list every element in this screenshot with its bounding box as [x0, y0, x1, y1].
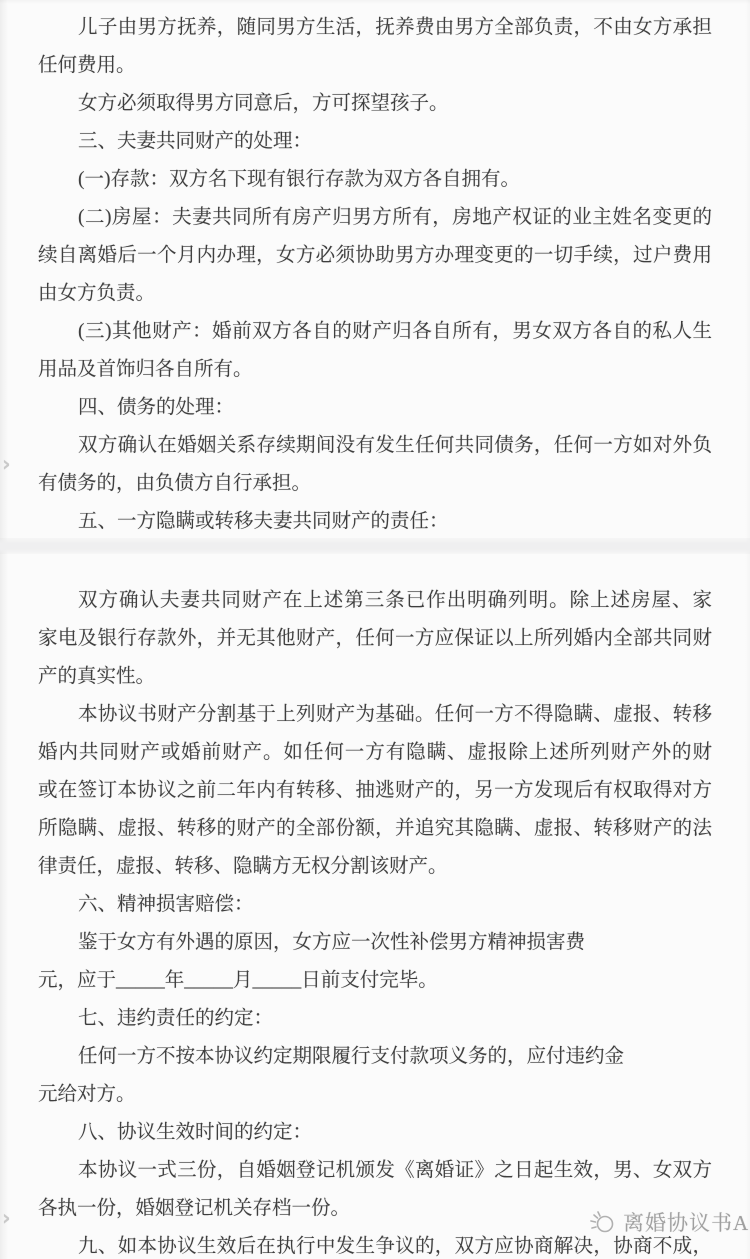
doc-line: 用品及首饰归各自所有。 [38, 351, 712, 389]
doc-section-heading: 五、一方隐瞒或转移夫妻共同财产的责任： [38, 503, 712, 541]
agreement-page-2: 双方确认夫妻共同财产在上述第三条已作出明确列明。除上述房屋、家具、 家电及银行存… [0, 554, 750, 1259]
doc-line: 儿子由男方抚养，随同男方生活，抚养费由男方全部负责，不由女方承担 [38, 9, 712, 47]
chevron-right-icon: › [2, 452, 20, 476]
doodle-stamp-icon [586, 1206, 620, 1240]
doc-section-heading: 八、协议生效时间的约定： [38, 1114, 712, 1152]
doc-line: 由女方负责。 [38, 275, 712, 313]
watermark: 离婚协议书A [586, 1202, 749, 1244]
page-break-divider [0, 538, 750, 554]
doc-line: 续自离婚后一个月内办理，女方必须协助男方办理变更的一切手续，过户费用 [38, 237, 712, 275]
doc-line: 本协议一式三份，自婚姻登记机颁发《离婚证》之日起生效，男、女双方 [38, 1152, 712, 1190]
doc-section-heading: 四、债务的处理： [38, 389, 712, 427]
doc-line: 所隐瞒、虚报、转移的财产的全部份额，并追究其隐瞒、虚报、转移财产的法 [38, 810, 712, 848]
doc-line-with-blank: 元，应于_____年_____月_____日前支付完毕。 [38, 962, 712, 1000]
doc-section-heading: 三、夫妻共同财产的处理： [38, 123, 712, 161]
doc-line: 律责任，虚报、转移、隐瞒方无权分割该财产。 [38, 848, 712, 886]
doc-line: 本协议书财产分割基于上列财产为基础。任何一方不得隐瞒、虚报、转移 [38, 696, 712, 734]
doc-line: 任何费用。 [38, 47, 712, 85]
agreement-page-1: 儿子由男方抚养，随同男方生活，抚养费由男方全部负责，不由女方承担 任何费用。 女… [0, 0, 750, 540]
doc-section-heading: 七、违约责任的约定： [38, 1000, 712, 1038]
doc-line: (一)存款：双方名下现有银行存款为双方各自拥有。 [38, 161, 712, 199]
doc-line: 元给对方。 [38, 1076, 712, 1114]
doc-line: 女方必须取得男方同意后，方可探望孩子。 [38, 85, 712, 123]
doc-line-with-blank: 鉴于女方有外遇的原因，女方应一次性补偿男方精神损害费______________… [38, 924, 712, 962]
doc-section-heading: 六、精神损害赔偿： [38, 886, 712, 924]
doc-line: (三)其他财产：婚前双方各自的财产归各自所有，男女双方各自的私人生活 [38, 313, 712, 351]
doc-line: 双方确认在婚姻关系存续期间没有发生任何共同债务，任何一方如对外负 [38, 427, 712, 465]
doc-line: 双方确认夫妻共同财产在上述第三条已作出明确列明。除上述房屋、家具、 [38, 582, 712, 620]
doc-line-with-blank: 任何一方不按本协议约定期限履行支付款项义务的，应付违约金___________ [38, 1038, 712, 1076]
doc-line: (二)房屋：夫妻共同所有房产归男方所有，房地产权证的业主姓名变更的手 [38, 199, 712, 237]
chevron-right-icon: › [2, 1206, 20, 1230]
watermark-label: 离婚协议书A [623, 1202, 749, 1244]
doc-line: 婚内共同财产或婚前财产。如任何一方有隐瞒、虚报除上述所列财产外的财产， [38, 734, 712, 772]
doc-line: 有债务的，由负债方自行承担。 [38, 465, 712, 503]
doc-line: 产的真实性。 [38, 658, 712, 696]
doc-line: 家电及银行存款外，并无其他财产，任何一方应保证以上所列婚内全部共同财 [38, 620, 712, 658]
doc-line: 或在签订本协议之前二年内有转移、抽逃财产的，另一方发现后有权取得对方 [38, 772, 712, 810]
